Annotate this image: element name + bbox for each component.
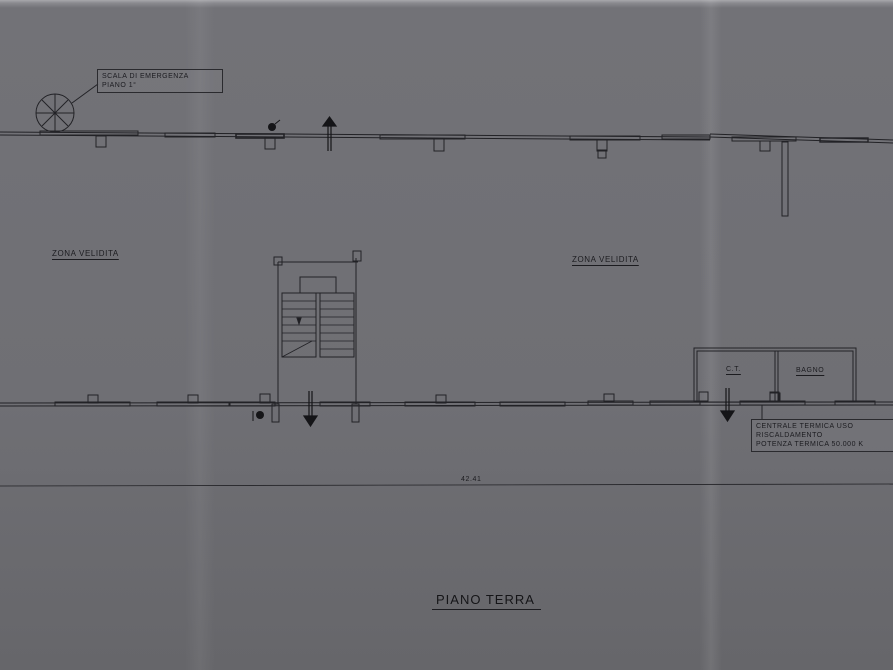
top-wall — [0, 131, 893, 216]
service-rooms — [694, 348, 856, 420]
drawing-title: Piano Terra — [432, 592, 541, 610]
bottom-wall — [0, 393, 893, 422]
stairwell — [274, 251, 361, 404]
exit-arrow-down-icon — [721, 388, 734, 421]
dimension-label: 42.41 — [461, 476, 482, 483]
callout-line: Piano 1° — [102, 81, 218, 90]
floor-plan-sheet: Scala di emergenza Piano 1° Zona velidit… — [0, 0, 893, 670]
fire-extinguisher-icon — [253, 411, 264, 421]
callout-line: riscaldamento — [756, 431, 893, 440]
floor-plan-drawing — [0, 0, 893, 670]
spiral-staircase-icon — [36, 84, 98, 132]
callout-line: Centrale termica uso — [756, 422, 893, 431]
callout-line: Scala di emergenza — [102, 72, 218, 81]
emergency-stair-callout: Scala di emergenza Piano 1° — [97, 69, 223, 93]
callout-line: Potenza termica 50.000 K — [756, 440, 893, 449]
fire-extinguisher-icon — [268, 120, 280, 131]
room-label-boiler: C.T. — [726, 366, 741, 373]
exit-arrow-down-icon — [304, 391, 317, 426]
zone-label-left: Zona velidita — [52, 249, 119, 258]
room-label-bathroom: Bagno — [796, 367, 824, 374]
boiler-callout: Centrale termica uso riscaldamento Poten… — [751, 419, 893, 452]
zone-label-right: Zona velidita — [572, 255, 639, 264]
dimension-line — [0, 484, 893, 486]
